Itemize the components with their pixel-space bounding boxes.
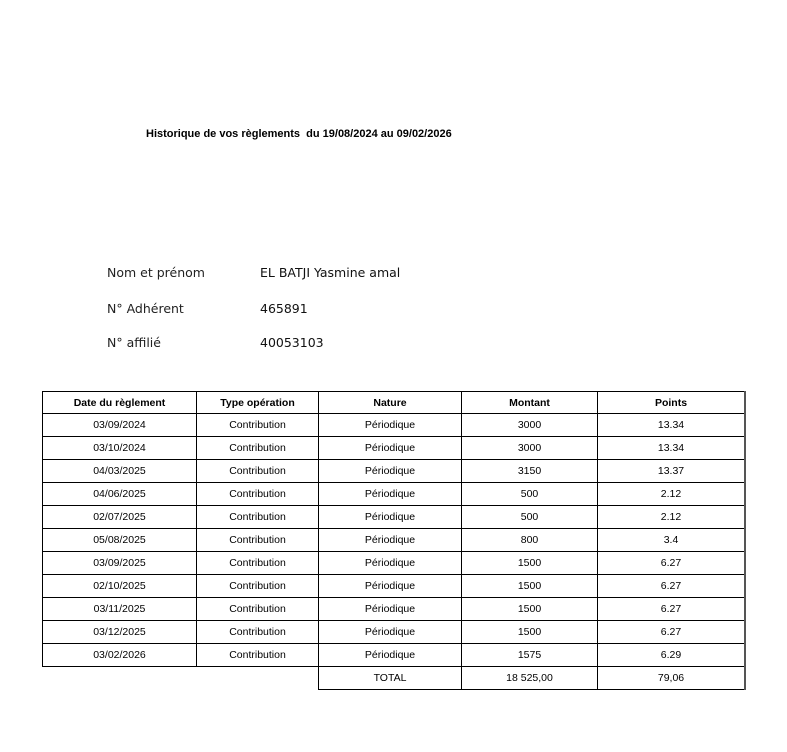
date-cell: 05/08/2025 <box>43 529 197 552</box>
points-cell: 13.34 <box>598 414 746 437</box>
date-cell: 04/03/2025 <box>43 460 197 483</box>
points-cell: 6.27 <box>598 575 746 598</box>
points-cell: 2.12 <box>598 483 746 506</box>
header-type: Type opération <box>197 392 319 414</box>
total-spacer <box>43 667 319 690</box>
nature-cell: Périodique <box>319 529 462 552</box>
nature-cell: Périodique <box>319 506 462 529</box>
montant-cell: 1575 <box>462 644 598 667</box>
name-label: Nom et prénom <box>107 265 205 280</box>
header-points: Points <box>598 392 746 414</box>
points-cell: 6.27 <box>598 621 746 644</box>
name-value: EL BATJI Yasmine amal <box>260 265 400 280</box>
date-cell: 03/09/2024 <box>43 414 197 437</box>
nature-cell: Périodique <box>319 552 462 575</box>
member-number-value: 465891 <box>260 301 308 316</box>
type-cell: Contribution <box>197 506 319 529</box>
date-cell: 02/07/2025 <box>43 506 197 529</box>
total-montant: 18 525,00 <box>462 667 598 690</box>
montant-cell: 1500 <box>462 575 598 598</box>
montant-cell: 3000 <box>462 414 598 437</box>
total-points: 79,06 <box>598 667 746 690</box>
type-cell: Contribution <box>197 529 319 552</box>
type-cell: Contribution <box>197 552 319 575</box>
total-label: TOTAL <box>319 667 462 690</box>
table-row: 02/10/2025ContributionPériodique15006.27 <box>43 575 746 598</box>
payment-history-table: Date du règlement Type opération Nature … <box>42 391 746 690</box>
nature-cell: Périodique <box>319 575 462 598</box>
table-row: 03/11/2025ContributionPériodique15006.27 <box>43 598 746 621</box>
table-row: 04/06/2025ContributionPériodique5002.12 <box>43 483 746 506</box>
montant-cell: 800 <box>462 529 598 552</box>
date-cell: 04/06/2025 <box>43 483 197 506</box>
montant-cell: 500 <box>462 483 598 506</box>
points-cell: 2.12 <box>598 506 746 529</box>
table-header-row: Date du règlement Type opération Nature … <box>43 392 746 414</box>
nature-cell: Périodique <box>319 483 462 506</box>
type-cell: Contribution <box>197 598 319 621</box>
date-cell: 03/12/2025 <box>43 621 197 644</box>
montant-cell: 1500 <box>462 552 598 575</box>
table-row: 05/08/2025ContributionPériodique8003.4 <box>43 529 746 552</box>
date-cell: 03/10/2024 <box>43 437 197 460</box>
type-cell: Contribution <box>197 644 319 667</box>
type-cell: Contribution <box>197 414 319 437</box>
table-row: 03/09/2025ContributionPériodique15006.27 <box>43 552 746 575</box>
points-cell: 13.34 <box>598 437 746 460</box>
montant-cell: 1500 <box>462 621 598 644</box>
nature-cell: Périodique <box>319 621 462 644</box>
type-cell: Contribution <box>197 437 319 460</box>
date-cell: 03/09/2025 <box>43 552 197 575</box>
points-cell: 3.4 <box>598 529 746 552</box>
table-row: 03/02/2026ContributionPériodique15756.29 <box>43 644 746 667</box>
date-cell: 03/02/2026 <box>43 644 197 667</box>
montant-cell: 1500 <box>462 598 598 621</box>
points-cell: 6.29 <box>598 644 746 667</box>
points-cell: 13.37 <box>598 460 746 483</box>
montant-cell: 3150 <box>462 460 598 483</box>
table-row: 02/07/2025ContributionPériodique5002.12 <box>43 506 746 529</box>
table-row: 03/09/2024ContributionPériodique300013.3… <box>43 414 746 437</box>
type-cell: Contribution <box>197 621 319 644</box>
type-cell: Contribution <box>197 460 319 483</box>
header-nature: Nature <box>319 392 462 414</box>
table-row: 03/12/2025ContributionPériodique15006.27 <box>43 621 746 644</box>
nature-cell: Périodique <box>319 644 462 667</box>
nature-cell: Périodique <box>319 460 462 483</box>
nature-cell: Périodique <box>319 437 462 460</box>
table-row: 04/03/2025ContributionPériodique315013.3… <box>43 460 746 483</box>
affiliate-number-value: 40053103 <box>260 335 324 350</box>
header-date: Date du règlement <box>43 392 197 414</box>
table-row: 03/10/2024ContributionPériodique300013.3… <box>43 437 746 460</box>
affiliate-number-label: N° affilié <box>107 335 161 350</box>
points-cell: 6.27 <box>598 552 746 575</box>
member-number-label: N° Adhérent <box>107 301 184 316</box>
nature-cell: Périodique <box>319 598 462 621</box>
date-cell: 02/10/2025 <box>43 575 197 598</box>
date-cell: 03/11/2025 <box>43 598 197 621</box>
document-title: Historique de vos règlements du 19/08/20… <box>146 128 452 140</box>
montant-cell: 500 <box>462 506 598 529</box>
header-montant: Montant <box>462 392 598 414</box>
nature-cell: Périodique <box>319 414 462 437</box>
points-cell: 6.27 <box>598 598 746 621</box>
total-row: TOTAL 18 525,00 79,06 <box>43 667 746 690</box>
type-cell: Contribution <box>197 483 319 506</box>
montant-cell: 3000 <box>462 437 598 460</box>
type-cell: Contribution <box>197 575 319 598</box>
